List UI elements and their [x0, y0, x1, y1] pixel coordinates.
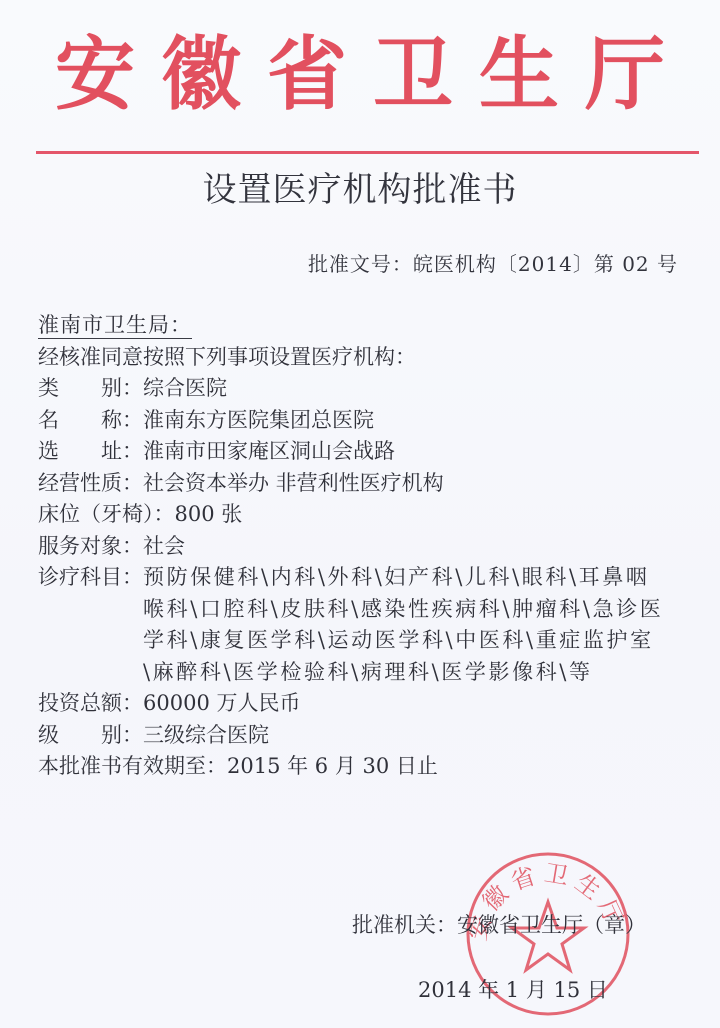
issuing-authority: 批准机关：安徽省卫生厅（章）	[352, 910, 646, 940]
field-label: 名称	[38, 405, 122, 437]
field-name: 名称：淮南东方医院集团总医院	[38, 405, 688, 437]
field-value: 三级综合医院	[143, 723, 269, 747]
field-value: 800 张	[175, 502, 243, 526]
field-label: 诊疗科目：	[38, 562, 143, 688]
document-body: 淮南市卫生局： 经核准同意按照下列事项设置医疗机构： 类别：综合医院 名称：淮南…	[38, 310, 688, 783]
field-label: 服务对象：	[38, 531, 143, 563]
field-label: 床位（牙椅）：	[38, 499, 175, 531]
approval-number: 批准文号：皖医机构〔2014〕第 02 号	[308, 250, 678, 278]
letterhead-divider	[36, 151, 699, 154]
field-value: 社会资本举办 非营利性医疗机构	[143, 471, 444, 495]
field-value: 淮南东方医院集团总医院	[143, 408, 374, 432]
field-label: 经营性质：	[38, 468, 143, 500]
field-nature: 经营性质：社会资本举办 非营利性医疗机构	[38, 468, 688, 500]
field-label: 级别	[38, 720, 122, 752]
field-departments: 诊疗科目：预防保健科\内科\外科\妇产科\儿科\眼科\耳鼻咽喉科\口腔科\皮肤科…	[38, 562, 688, 688]
field-level: 级别：三级综合医院	[38, 720, 688, 752]
field-colon: ：	[122, 408, 143, 432]
field-location: 选址：淮南市田家庵区洞山会战路	[38, 436, 688, 468]
field-beds: 床位（牙椅）：800 张	[38, 499, 688, 531]
field-category: 类别：综合医院	[38, 373, 688, 405]
field-value: 综合医院	[143, 376, 227, 400]
validity-line: 本批准书有效期至：2015 年 6 月 30 日止	[38, 751, 688, 783]
field-value: 预防保健科\内科\外科\妇产科\儿科\眼科\耳鼻咽喉科\口腔科\皮肤科\感染性疾…	[143, 562, 668, 688]
field-label: 选址	[38, 436, 122, 468]
document-page: 安徽省卫生厅 设置医疗机构批准书 批准文号：皖医机构〔2014〕第 02 号 淮…	[0, 0, 720, 1028]
document-title: 设置医疗机构批准书	[0, 168, 720, 212]
field-value: 社会	[143, 534, 185, 558]
field-value: 60000 万人民币	[143, 691, 300, 715]
letterhead-title: 安徽省卫生厅	[0, 30, 720, 120]
field-value: 淮南市田家庵区洞山会战路	[143, 439, 395, 463]
field-colon: ：	[122, 723, 143, 747]
field-investment: 投资总额：60000 万人民币	[38, 688, 688, 720]
issue-date: 2014 年 1 月 15 日	[418, 975, 608, 1005]
intro-line: 经核准同意按照下列事项设置医疗机构：	[38, 342, 688, 374]
field-colon: ：	[122, 376, 143, 400]
addressee: 淮南市卫生局：	[38, 312, 192, 339]
field-service-target: 服务对象：社会	[38, 531, 688, 563]
field-label: 类别	[38, 373, 122, 405]
field-colon: ：	[122, 439, 143, 463]
field-label: 投资总额：	[38, 688, 143, 720]
